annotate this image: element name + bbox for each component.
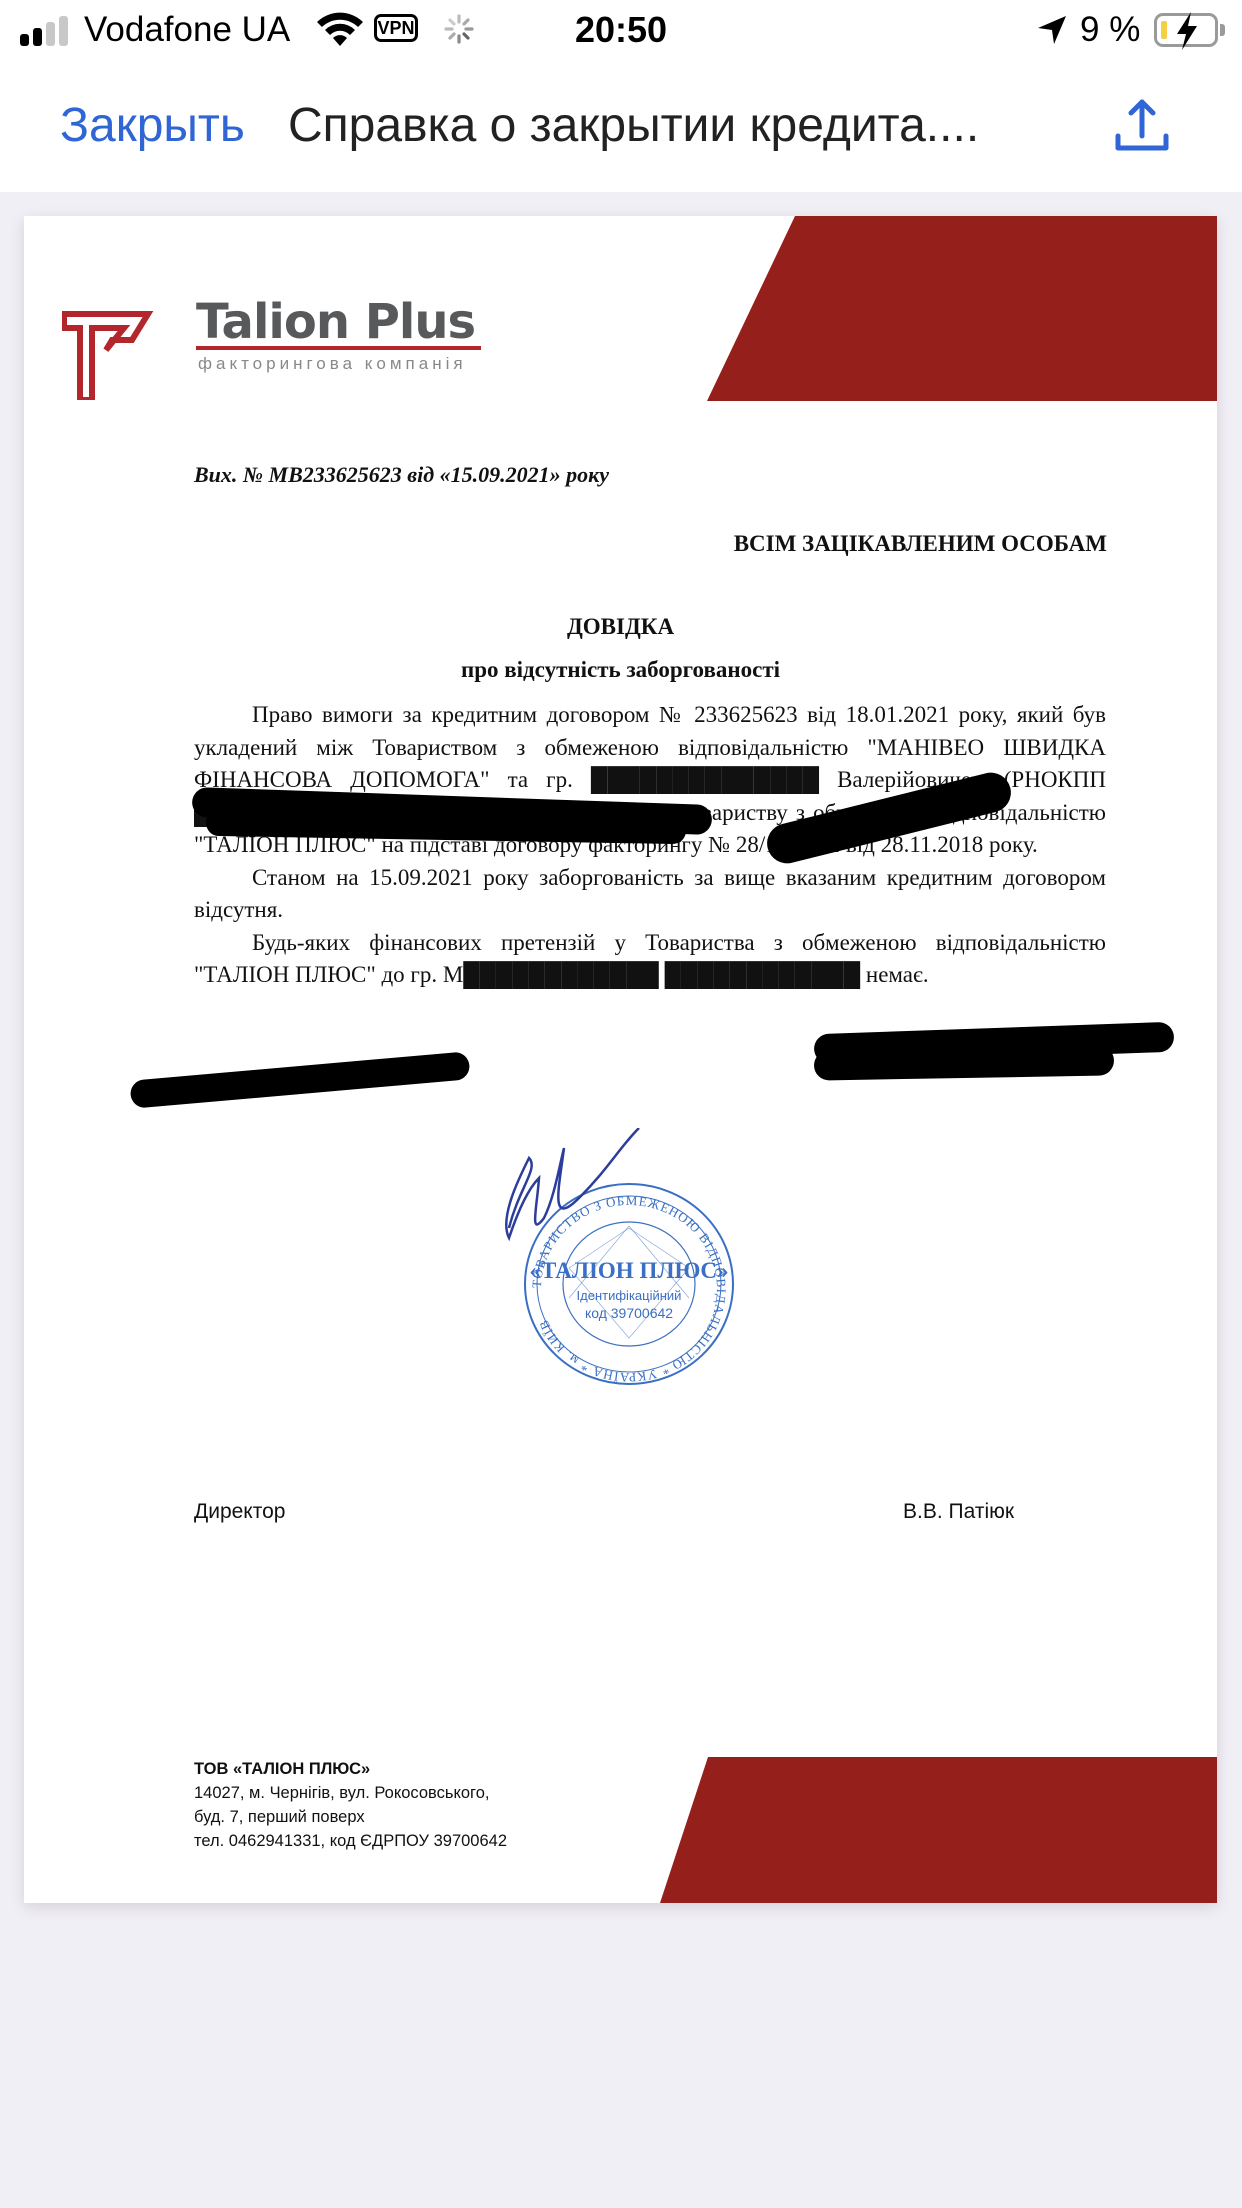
- document-title: Справка о закрытии кредита....: [288, 98, 979, 153]
- footer-address-2: буд. 7, перший поверх: [194, 1805, 507, 1829]
- redaction-mark: [129, 1051, 470, 1109]
- footer-address-1: 14027, м. Чернігів, вул. Рокосовського,: [194, 1781, 507, 1805]
- company-logo: Talion Plus факторингова компанія: [62, 300, 482, 400]
- talion-logo-mark-icon: [62, 300, 154, 400]
- redaction-mark: [814, 1045, 1114, 1080]
- certificate-body: Право вимоги за кредитним договором № 23…: [194, 699, 1106, 992]
- logo-underline: [196, 346, 481, 350]
- certificate-subtitle: про відсутність заборгованості: [24, 657, 1217, 683]
- svg-text:Ідентифікаційний: Ідентифікаційний: [577, 1288, 682, 1303]
- signature-and-stamp: «ТАЛІОН ПЛЮС» Ідентифікаційний код 39700…: [479, 1128, 779, 1408]
- signatory-name: В.В. Патіюк: [903, 1500, 1014, 1524]
- status-bar: Vodafone UA VPN 20:50 9 %: [0, 0, 1242, 62]
- footer-company: ТОВ «ТАЛІОН ПЛЮС»: [194, 1757, 507, 1781]
- battery-charging-icon: [1154, 13, 1218, 47]
- document-page[interactable]: Talion Plus факторингова компанія Вих. №…: [24, 216, 1217, 1903]
- logo-name: Talion Plus: [196, 294, 475, 350]
- navigation-bar: Закрыть Справка о закрытии кредита....: [0, 62, 1242, 192]
- location-arrow-icon: [1036, 14, 1068, 46]
- outgoing-reference: Вих. № МВ233625623 від «15.09.2021» року: [194, 462, 609, 488]
- footer-contacts: тел. 0462941331, код ЄДРПОУ 39700642: [194, 1829, 507, 1853]
- addressee: ВСІМ ЗАЦІКАВЛЕНИМ ОСОБАМ: [734, 531, 1107, 557]
- company-footer: ТОВ «ТАЛІОН ПЛЮС» 14027, м. Чернігів, ву…: [194, 1757, 507, 1853]
- battery-percent: 9 %: [1080, 10, 1140, 50]
- svg-text:«ТАЛІОН ПЛЮС»: «ТАЛІОН ПЛЮС»: [530, 1258, 729, 1283]
- close-button[interactable]: Закрыть: [60, 98, 245, 153]
- battery-tip: [1220, 24, 1225, 36]
- certificate-title: ДОВІДКА: [24, 614, 1217, 640]
- paragraph-no-claims: Будь-яких фінансових претензій у Товарис…: [194, 927, 1106, 992]
- svg-text:код 39700642: код 39700642: [585, 1305, 673, 1321]
- paragraph-no-debt: Станом на 15.09.2021 року заборгованість…: [194, 862, 1106, 927]
- signatory-role: Директор: [194, 1500, 285, 1524]
- logo-subtitle: факторингова компанія: [198, 354, 467, 374]
- share-icon[interactable]: [1112, 96, 1172, 156]
